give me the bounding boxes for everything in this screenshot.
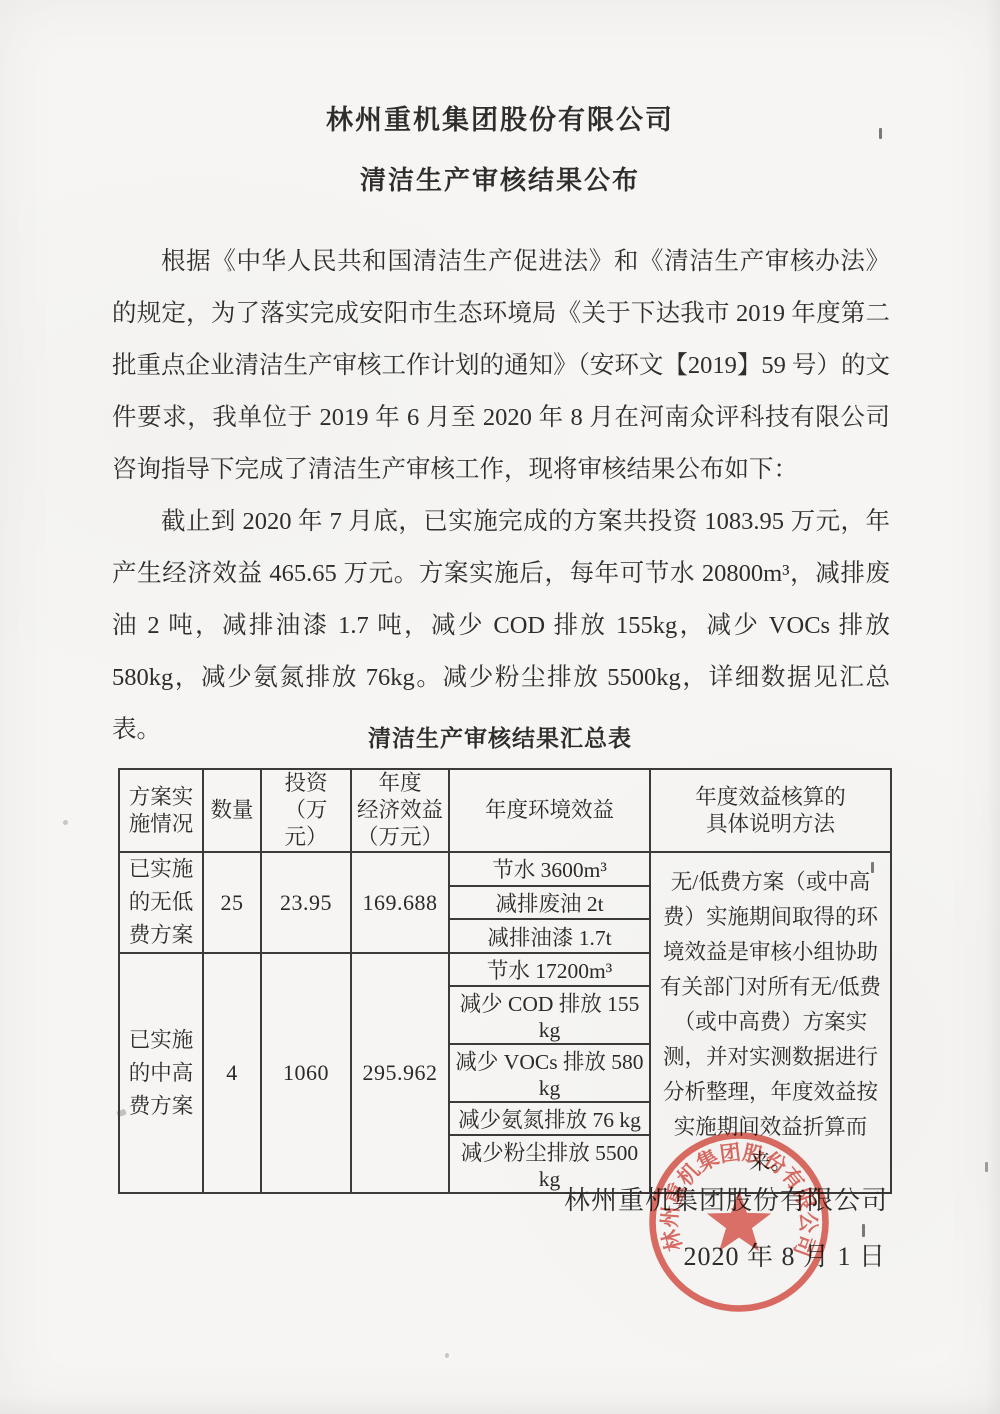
section2-env-benefit-2: 减少 COD 排放 155 kg	[449, 986, 650, 1044]
doc-title: 林州重机集团股份有限公司	[0, 98, 1000, 137]
scan-artifact-smudge	[63, 820, 68, 825]
section2-env-benefit-3: 减少 VOCs 排放 580 kg	[449, 1044, 650, 1102]
scan-artifact-tick	[862, 1224, 865, 1237]
table-header-row: 方案实 施情况 数量 投资（万 元） 年度 经济效益 （万元） 年度环境效益 年…	[119, 769, 891, 852]
table-row: 已实施 的无低 费方案 25 23.95 169.688 节水 3600m³ 无…	[119, 852, 891, 886]
scan-artifact-smudge	[445, 1353, 449, 1358]
section1-env-benefit-2: 减排废油 2t	[449, 886, 650, 920]
section2-env-benefit-4: 减少氨氮排放 76 kg	[449, 1102, 650, 1135]
section1-env-benefit-1: 节水 3600m³	[449, 852, 650, 886]
header-method: 年度效益核算的 具体说明方法	[650, 769, 891, 852]
summary-table: 方案实 施情况 数量 投资（万 元） 年度 经济效益 （万元） 年度环境效益 年…	[118, 768, 892, 1194]
header-count: 数量	[203, 769, 261, 852]
section1-env-benefit-3: 减排油漆 1.7t	[449, 919, 650, 953]
signature-company: 林州重机集团股份有限公司	[564, 1180, 888, 1217]
paragraph-2: 截止到 2020 年 7 月底，已实施完成的方案共投资 1083.95 万元，年…	[112, 496, 890, 756]
section1-investment: 23.95	[261, 852, 351, 953]
section2-count: 4	[203, 953, 261, 1193]
section2-name: 已实施 的中高 费方案	[119, 953, 203, 1193]
section2-env-benefit-1: 节水 17200m³	[449, 953, 650, 986]
doc-subtitle: 清洁生产审核结果公布	[0, 160, 1000, 197]
header-investment: 投资（万 元）	[261, 769, 351, 852]
section2-investment: 1060	[261, 953, 351, 1193]
paragraph-1: 根据《中华人民共和国清洁生产促进法》和《清洁生产审核办法》的规定，为了落实完成安…	[112, 236, 890, 496]
header-env-benefit: 年度环境效益	[449, 769, 650, 852]
method-note: 无/低费方案（或中高费）实施期间取得的环境效益是审核小组协助有关部门对所有无/低…	[650, 852, 891, 1193]
table-title: 清洁生产审核结果汇总表	[0, 720, 1000, 753]
scan-artifact-tick	[985, 1162, 988, 1172]
section1-economic-benefit: 169.688	[351, 852, 449, 953]
signature-date: 2020 年 8 月 1 日	[683, 1236, 886, 1273]
section1-name: 已实施 的无低 费方案	[119, 852, 203, 953]
scan-artifact-tick	[871, 862, 874, 873]
scan-artifact-tick	[879, 128, 882, 139]
doc-body: 根据《中华人民共和国清洁生产促进法》和《清洁生产审核办法》的规定，为了落实完成安…	[112, 236, 890, 756]
scan-artifact-smudge	[227, 268, 231, 272]
section1-count: 25	[203, 852, 261, 953]
header-economic-benefit: 年度 经济效益 （万元）	[351, 769, 449, 852]
section2-economic-benefit: 295.962	[351, 953, 449, 1193]
header-plan-status: 方案实 施情况	[119, 769, 203, 852]
document-page: 林州重机集团股份有限公司 清洁生产审核结果公布 根据《中华人民共和国清洁生产促进…	[0, 0, 1000, 1414]
